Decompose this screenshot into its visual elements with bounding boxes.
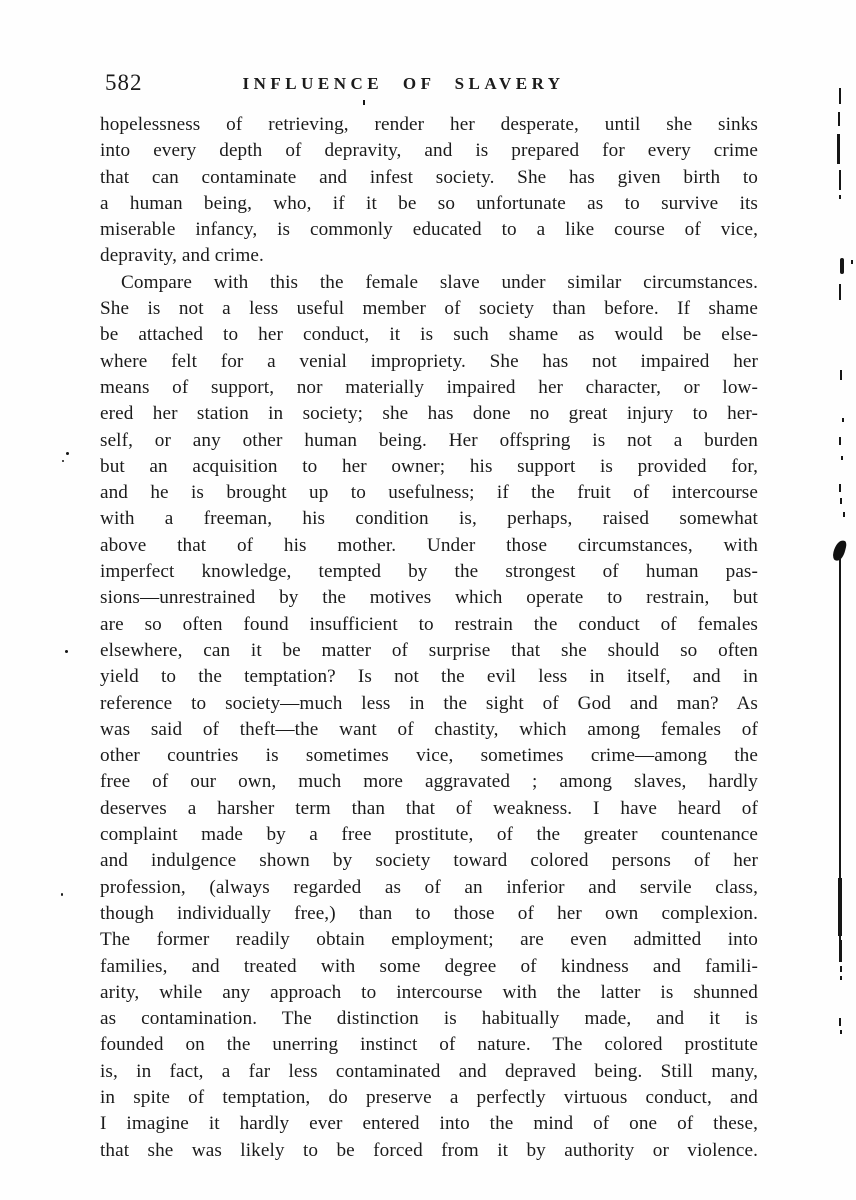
scan-mark (839, 195, 841, 199)
text-line-37: is, in fact, a far less contaminated and… (100, 1059, 758, 1085)
text-line-1: hopelessness of retrieving, render her d… (100, 112, 758, 138)
scan-mark (851, 260, 853, 264)
text-line-15: and he is brought up to usefulness; if t… (100, 480, 758, 506)
scan-mark (840, 1030, 842, 1034)
text-line-12: ered her station in society; she has don… (100, 401, 758, 427)
scan-mark (838, 112, 840, 126)
scan-mark (839, 437, 841, 445)
text-line-22: yield to the temptation? Is not the evil… (100, 664, 758, 690)
text-line-8: She is not a less useful member of socie… (100, 296, 758, 322)
scan-mark (840, 966, 842, 972)
text-line-9: be attached to her conduct, it is such s… (100, 322, 758, 348)
text-line-5: miserable infancy, is commonly educated … (100, 217, 758, 243)
text-line-27: deserves a harsher term than that of wea… (100, 796, 758, 822)
scan-mark (837, 134, 840, 164)
scan-mark (839, 940, 842, 962)
scan-mark (842, 418, 844, 422)
scan-mark (839, 284, 841, 300)
text-line-38: in spite of temptation, do preserve a pe… (100, 1085, 758, 1111)
speck (66, 452, 69, 455)
text-line-18: imperfect knowledge, tempted by the stro… (100, 559, 758, 585)
text-line-4: a human being, who, if it be so unfortun… (100, 191, 758, 217)
text-line-13: self, or any other human being. Her offs… (100, 428, 758, 454)
scan-mark (839, 88, 841, 104)
scan-mark (843, 512, 845, 517)
scan-mark (840, 370, 842, 380)
text-line-31: though individually free,) than to those… (100, 901, 758, 927)
text-line-24: was said of theft—the want of chastity, … (100, 717, 758, 743)
text-line-32: The former readily obtain employment; ar… (100, 927, 758, 953)
text-line-23: reference to society—much less in the si… (100, 691, 758, 717)
text-line-26: free of our own, much more aggravated ; … (100, 769, 758, 795)
page-edge-line-thick (838, 878, 842, 936)
speck (363, 100, 365, 105)
scan-mark (840, 976, 842, 980)
text-line-29: and indulgence shown by society toward c… (100, 848, 758, 874)
page-number: 582 (105, 70, 143, 96)
text-line-36: founded on the unerring instinct of natu… (100, 1032, 758, 1058)
text-line-39: I imagine it hardly ever entered into th… (100, 1111, 758, 1137)
text-line-11: means of support, nor materially impaire… (100, 375, 758, 401)
text-line-6: depravity, and crime. (100, 243, 758, 269)
speck (62, 460, 64, 462)
text-line-33: families, and treated with some degree o… (100, 954, 758, 980)
text-line-40: that she was likely to be forced from it… (100, 1138, 758, 1164)
running-title: INFLUENCE OF SLAVERY (170, 74, 637, 94)
page-header: 582 INFLUENCE OF SLAVERY (100, 68, 757, 98)
scan-mark (839, 1018, 841, 1026)
text-line-25: other countries is sometimes vice, somet… (100, 743, 758, 769)
scan-mark (841, 456, 843, 460)
text-line-17: above that of his mother. Under those ci… (100, 533, 758, 559)
book-page: 582 INFLUENCE OF SLAVERY hopelessness of… (0, 0, 856, 1200)
speck (65, 650, 68, 653)
text-line-19: sions—unrestrained by the motives which … (100, 585, 758, 611)
text-line-34: arity, while any approach to intercourse… (100, 980, 758, 1006)
text-line-7: Compare with this the female slave under… (100, 270, 758, 296)
scan-mark (839, 170, 841, 190)
text-line-14: but an acquisition to her owner; his sup… (100, 454, 758, 480)
scan-mark (840, 258, 844, 274)
text-line-3: that can contaminate and infest society.… (100, 165, 758, 191)
text-line-28: complaint made by a free prostitute, of … (100, 822, 758, 848)
text-line-21: elsewhere, can it be matter of surprise … (100, 638, 758, 664)
text-line-2: into every depth of depravity, and is pr… (100, 138, 758, 164)
text-line-35: as contamination. The distinction is hab… (100, 1006, 758, 1032)
text-line-16: with a freeman, his condition is, perhap… (100, 506, 758, 532)
text-line-20: are so often found insufficient to restr… (100, 612, 758, 638)
body-text: hopelessness of retrieving, render her d… (100, 112, 758, 1164)
text-line-30: profession, (always regarded as of an in… (100, 875, 758, 901)
scan-mark (840, 498, 842, 504)
scan-mark (839, 484, 841, 492)
text-line-10: where felt for a venial impropriety. She… (100, 349, 758, 375)
speck (61, 893, 63, 896)
